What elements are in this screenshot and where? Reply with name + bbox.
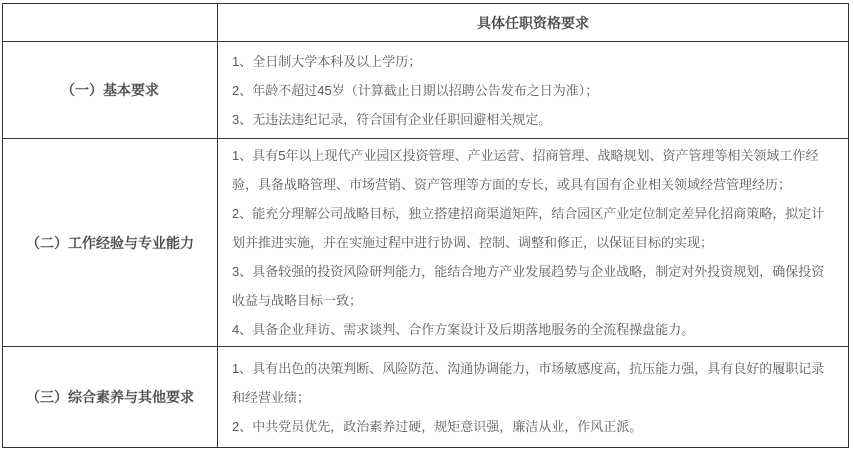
- table-row-experience-ability: （二）工作经验与专业能力 1、具有5年以上现代产业园区投资管理、产业运营、招商管…: [3, 139, 849, 347]
- table-header-row: 具体任职资格要求: [3, 4, 849, 42]
- requirement-item: 2、能充分理解公司战略目标，独立搭建招商渠道矩阵，结合园区产业定位制定差异化招商…: [232, 199, 834, 257]
- table-row-comprehensive-quality: （三）综合素养与其他要求 1、具有出色的决策判断、风险防范、沟通协调能力，市场敏…: [3, 347, 849, 448]
- category-cell-experience: （二）工作经验与专业能力: [3, 139, 218, 347]
- qualification-table: 具体任职资格要求 （一）基本要求 1、全日制大学本科及以上学历； 2、年龄不超过…: [2, 3, 849, 448]
- requirement-item: 3、无违法违纪记录，符合国有企业任职回避相关规定。: [232, 105, 834, 134]
- requirements-cell-basic: 1、全日制大学本科及以上学历； 2、年龄不超过45岁（计算截止日期以招聘公告发布…: [218, 42, 849, 139]
- requirement-item: 2、年龄不超过45岁（计算截止日期以招聘公告发布之日为准）；: [232, 76, 834, 105]
- requirement-item: 1、具有5年以上现代产业园区投资管理、产业运营、招商管理、战略规划、资产管理等相…: [232, 141, 834, 199]
- requirement-item: 4、具备企业拜访、需求谈判、合作方案设计及后期落地服务的全流程操盘能力。: [232, 315, 834, 344]
- header-requirements-cell: 具体任职资格要求: [218, 4, 849, 42]
- requirements-cell-experience: 1、具有5年以上现代产业园区投资管理、产业运营、招商管理、战略规划、资产管理等相…: [218, 139, 849, 347]
- qualification-requirements-page: 具体任职资格要求 （一）基本要求 1、全日制大学本科及以上学历； 2、年龄不超过…: [0, 3, 853, 449]
- requirement-item: 1、全日制大学本科及以上学历；: [232, 47, 834, 76]
- requirement-item: 1、具有出色的决策判断、风险防范、沟通协调能力，市场敏感度高，抗压能力强，具有良…: [232, 354, 834, 412]
- requirement-item: 2、中共党员优先，政治素养过硬，规矩意识强，廉洁从业，作风正派。: [232, 412, 834, 441]
- requirement-item: 3、具备较强的投资风险研判能力，能结合地方产业发展趋势与企业战略，制定对外投资规…: [232, 257, 834, 315]
- table-row-basic-requirements: （一）基本要求 1、全日制大学本科及以上学历； 2、年龄不超过45岁（计算截止日…: [3, 42, 849, 139]
- category-cell-basic: （一）基本要求: [3, 42, 218, 139]
- requirements-cell-comprehensive: 1、具有出色的决策判断、风险防范、沟通协调能力，市场敏感度高，抗压能力强，具有良…: [218, 347, 849, 448]
- category-cell-comprehensive: （三）综合素养与其他要求: [3, 347, 218, 448]
- header-category-cell: [3, 4, 218, 42]
